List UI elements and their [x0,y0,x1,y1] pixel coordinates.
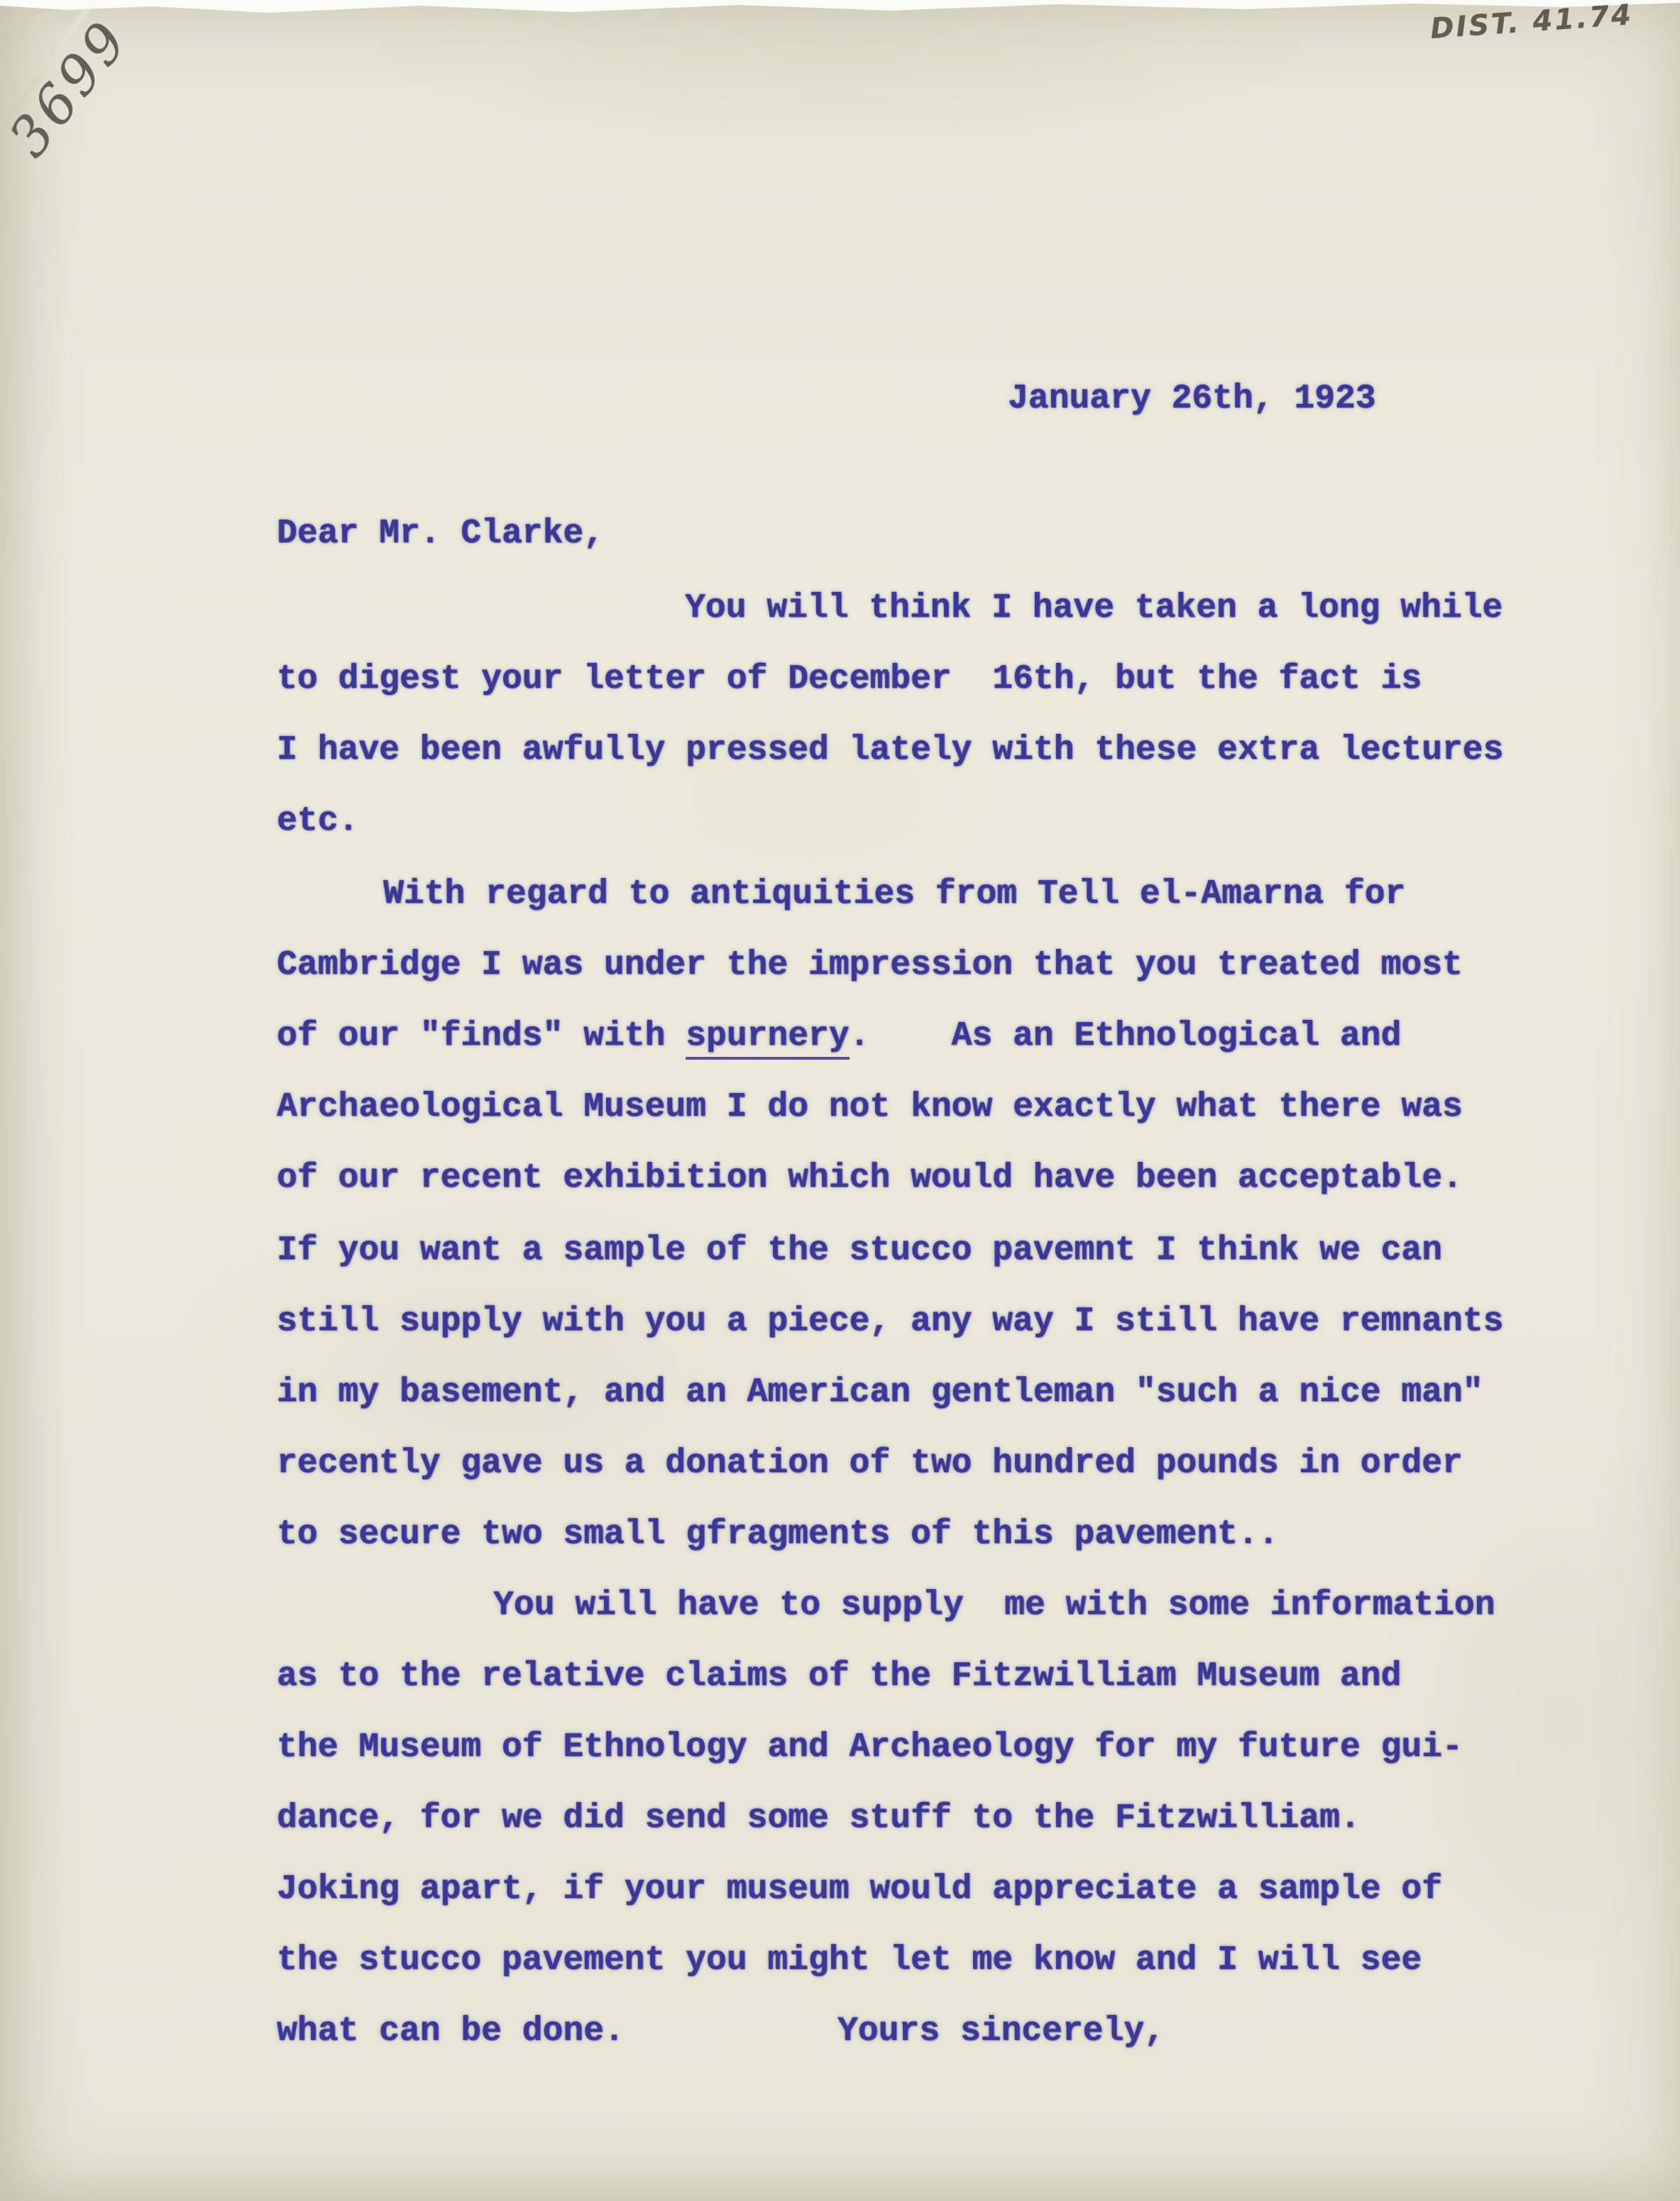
letter-line-segment: of our "finds" with [277,1017,686,1055]
letter-line: to digest your letter of December 16th, … [277,660,1422,698]
letter-salutation: Dear Mr. Clarke, [277,515,604,553]
letter-line: If you want a sample of the stucco pavem… [277,1231,1442,1270]
letter-line: of our recent exhibition which would hav… [277,1159,1463,1197]
letter-line: in my basement, and an American gentlema… [277,1373,1483,1412]
letter-line: as to the relative claims of the Fitzwil… [277,1657,1401,1696]
letter-line: the stucco pavement you might let me kno… [277,1941,1422,1980]
letter-line: of our "finds" with spurnery. As an Ethn… [277,1017,1401,1055]
letter-line: I have been awfully pressed lately with … [277,731,1503,769]
letter-line: to secure two small gfragments of this p… [277,1515,1278,1554]
letter-line: what can be done. [277,2012,625,2051]
letter-line: Joking apart, if your museum would appre… [277,1870,1442,1909]
letter-line: still supply with you a piece, any way I… [277,1302,1503,1341]
letter-line: the Museum of Ethnology and Archaeology … [277,1728,1463,1767]
letter-line: You will think I have taken a long while [685,589,1503,627]
letter-line-segment: . As an Ethnological and [850,1017,1402,1055]
letter-page: 3699 DIST. 41.74 January 26th, 1923 Dear… [0,0,1680,2201]
torn-paper-edge [0,0,1680,14]
underlined-word: spurnery [686,1017,849,1060]
handwritten-dist-mark: DIST. 41.74 [1429,0,1635,45]
letter-line: You will have to supply me with some inf… [493,1586,1495,1625]
letter-date: January 26th, 1923 [1008,380,1376,418]
letter-line: etc. [277,802,358,840]
letter-line: recently gave us a donation of two hundr… [277,1444,1463,1483]
letter-line: Archaeological Museum I do not know exac… [277,1088,1463,1126]
letter-line: With regard to antiquities from Tell el-… [383,875,1405,913]
letter-line: Cambridge I was under the impression tha… [277,946,1463,984]
letter-closing: Yours sincerely, [838,2012,1165,2051]
letter-line: dance, for we did send some stuff to the… [277,1799,1361,1838]
